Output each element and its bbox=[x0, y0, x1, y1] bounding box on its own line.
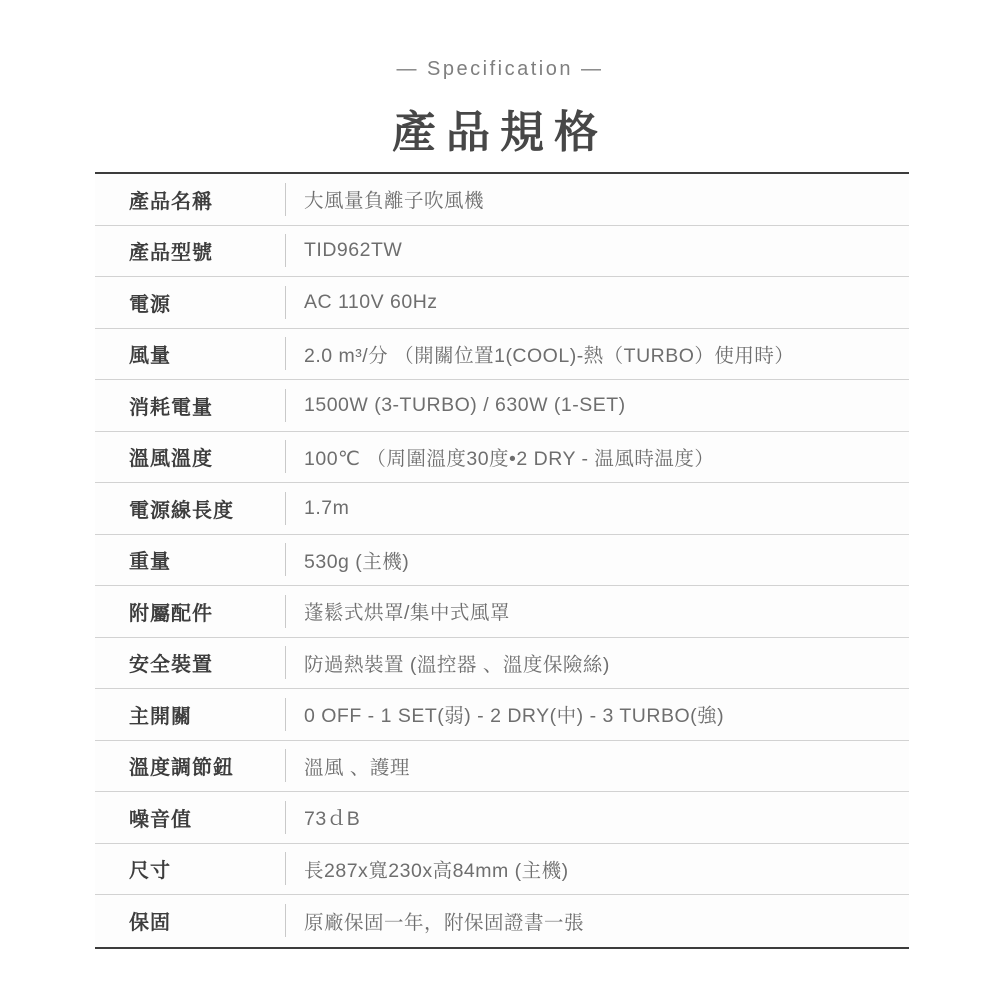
table-row: 重量530g (主機) bbox=[95, 535, 909, 587]
table-row: 附屬配件蓬鬆式烘罩/集中式風罩 bbox=[95, 586, 909, 638]
row-value: 73ｄB bbox=[286, 803, 909, 831]
table-row: 風量2.0 m³/分 （開關位置1(COOL)-熱（TURBO）使用時） bbox=[95, 329, 909, 381]
row-value: 溫風 、護理 bbox=[286, 752, 909, 780]
row-label: 電源 bbox=[95, 288, 285, 317]
row-value: 長287x寬230x高84mm (主機) bbox=[286, 855, 909, 883]
spec-table: 產品名稱大風量負離子吹風機產品型號TID962TW電源AC 110V 60Hz風… bbox=[95, 172, 909, 949]
row-label: 附屬配件 bbox=[95, 597, 285, 626]
row-value: 0 OFF - 1 SET(弱) - 2 DRY(中) - 3 TURBO(強) bbox=[286, 700, 909, 728]
row-value: TID962TW bbox=[286, 239, 909, 262]
row-label: 產品名稱 bbox=[95, 185, 285, 214]
row-value: 防過熱裝置 (溫控器 、溫度保險絲) bbox=[286, 649, 909, 677]
row-value: 1500W (3-TURBO) / 630W (1-SET) bbox=[286, 394, 909, 417]
row-value: AC 110V 60Hz bbox=[286, 291, 909, 314]
table-row: 電源線長度1.7m bbox=[95, 483, 909, 535]
row-label: 電源線長度 bbox=[95, 494, 285, 523]
page-title: 產品規格 bbox=[0, 96, 1000, 160]
row-value: 原廠保固一年，附保固證書一張 bbox=[286, 907, 909, 935]
row-value: 2.0 m³/分 （開關位置1(COOL)-熱（TURBO）使用時） bbox=[286, 340, 909, 368]
table-row: 電源AC 110V 60Hz bbox=[95, 277, 909, 329]
row-label: 消耗電量 bbox=[95, 391, 285, 420]
row-label: 噪音值 bbox=[95, 803, 285, 832]
row-label: 溫度調節鈕 bbox=[95, 751, 285, 780]
spec-table-body: 產品名稱大風量負離子吹風機產品型號TID962TW電源AC 110V 60Hz風… bbox=[95, 174, 909, 947]
row-label: 重量 bbox=[95, 545, 285, 574]
table-row: 尺寸長287x寬230x高84mm (主機) bbox=[95, 844, 909, 896]
table-row: 產品名稱大風量負離子吹風機 bbox=[95, 174, 909, 226]
row-value: 1.7m bbox=[286, 497, 909, 520]
row-label: 主開關 bbox=[95, 700, 285, 729]
table-row: 溫度調節鈕溫風 、護理 bbox=[95, 741, 909, 793]
table-row: 溫風溫度100℃ （周圍溫度30度•2 DRY - 温風時温度） bbox=[95, 432, 909, 484]
row-label: 溫風溫度 bbox=[95, 442, 285, 471]
row-value: 100℃ （周圍溫度30度•2 DRY - 温風時温度） bbox=[286, 443, 909, 471]
table-row: 主開關0 OFF - 1 SET(弱) - 2 DRY(中) - 3 TURBO… bbox=[95, 689, 909, 741]
specification-eyebrow: — Specification — bbox=[0, 58, 1000, 81]
table-row: 消耗電量1500W (3-TURBO) / 630W (1-SET) bbox=[95, 380, 909, 432]
row-label: 產品型號 bbox=[95, 236, 285, 265]
row-value: 蓬鬆式烘罩/集中式風罩 bbox=[286, 597, 909, 625]
row-value: 大風量負離子吹風機 bbox=[286, 185, 909, 213]
row-label: 尺寸 bbox=[95, 854, 285, 883]
row-label: 風量 bbox=[95, 339, 285, 368]
table-row: 安全裝置防過熱裝置 (溫控器 、溫度保險絲) bbox=[95, 638, 909, 690]
row-label: 安全裝置 bbox=[95, 648, 285, 677]
table-row: 產品型號TID962TW bbox=[95, 226, 909, 278]
spec-page: — Specification — 產品規格 產品名稱大風量負離子吹風機產品型號… bbox=[0, 0, 1000, 1000]
row-label: 保固 bbox=[95, 906, 285, 935]
table-row: 保固原廠保固一年，附保固證書一張 bbox=[95, 895, 909, 947]
row-value: 530g (主機) bbox=[286, 546, 909, 574]
table-row: 噪音值73ｄB bbox=[95, 792, 909, 844]
